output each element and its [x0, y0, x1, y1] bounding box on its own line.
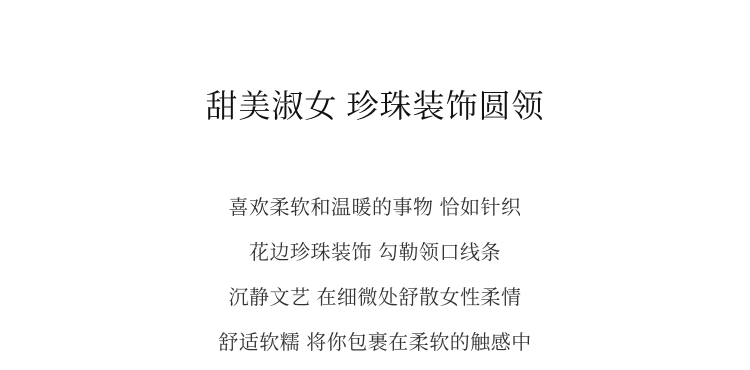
- description-line: 舒适软糯 将你包裹在柔软的触感中: [0, 321, 750, 366]
- description-block: 喜欢柔软和温暖的事物 恰如针织 花边珍珠装饰 勾勒领口线条 沉静文艺 在细微处舒…: [0, 186, 750, 366]
- description-line: 沉静文艺 在细微处舒散女性柔情: [0, 276, 750, 321]
- product-headline: 甜美淑女 珍珠装饰圆领: [0, 0, 750, 126]
- description-line: 喜欢柔软和温暖的事物 恰如针织: [0, 186, 750, 231]
- description-line: 花边珍珠装饰 勾勒领口线条: [0, 231, 750, 276]
- product-description-section: 甜美淑女 珍珠装饰圆领 喜欢柔软和温暖的事物 恰如针织 花边珍珠装饰 勾勒领口线…: [0, 0, 750, 370]
